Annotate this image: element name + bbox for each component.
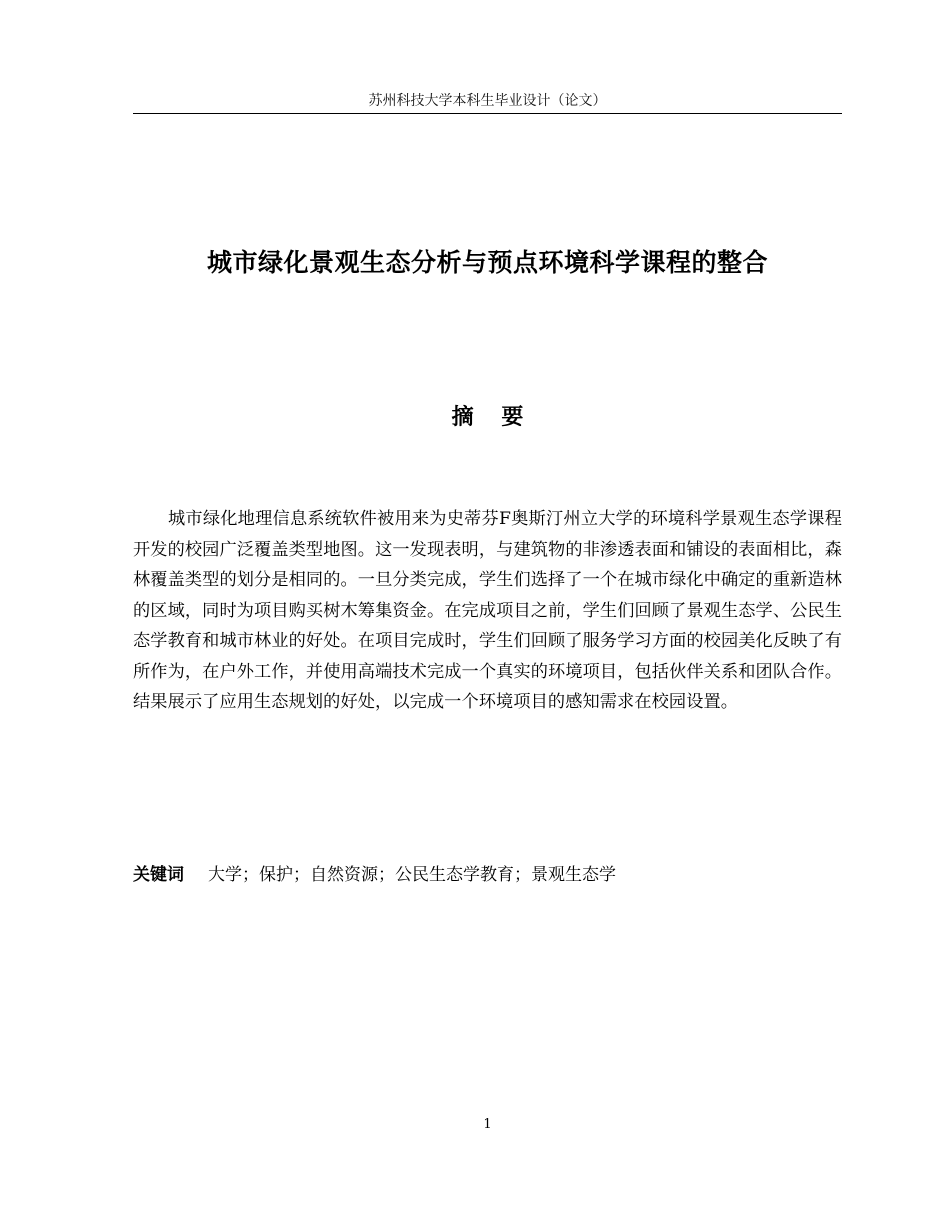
paper-title: 城市绿化景观生态分析与预点环境科学课程的整合 <box>133 246 842 280</box>
keywords-line: 关键词大学；保护；自然资源；公民生态学教育；景观生态学 <box>133 862 842 888</box>
abstract-heading: 摘 要 <box>133 403 842 433</box>
abstract-body: 城市绿化地理信息系统软件被用来为史蒂芬F奥斯汀州立大学的环境科学景观生态学课程开… <box>133 504 842 718</box>
page-number: 1 <box>133 1117 842 1133</box>
running-header: 苏州科技大学本科生毕业设计（论文） <box>133 92 842 110</box>
header-divider <box>133 113 842 114</box>
keywords-list: 大学；保护；自然资源；公民生态学教育；景观生态学 <box>208 865 616 885</box>
keywords-label: 关键词 <box>133 865 184 885</box>
